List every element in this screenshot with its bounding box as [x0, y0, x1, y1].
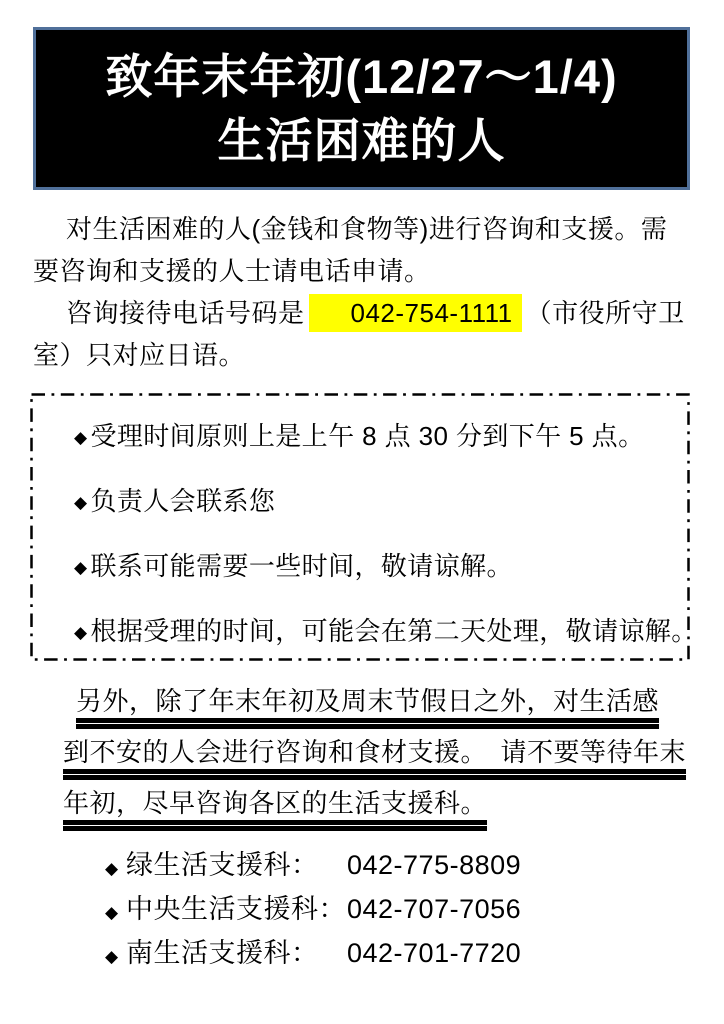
notice-item: ◆根据受理的时间，可能会在第二天处理，敬请谅解。: [74, 615, 686, 649]
diamond-bullet-icon: ◆: [105, 892, 126, 933]
closing-line: 年初，尽早咨询各区的生活支援科。: [63, 778, 663, 829]
diamond-bullet-icon: ◆: [105, 848, 126, 889]
closing-line: 另外，除了年末年初及周末节假日之外，对生活感: [63, 676, 663, 727]
intro-line: 对生活困难的人(金钱和食物等)进行咨询和支援。需: [33, 208, 693, 250]
title-line-2: 生活困难的人: [218, 109, 506, 173]
diamond-bullet-icon: ◆: [74, 428, 87, 447]
diamond-bullet-icon: ◆: [74, 623, 87, 642]
notice-item-text: 负责人会联系您: [90, 486, 275, 516]
phone-line-suffix: （市役所守卫: [526, 298, 685, 328]
notice-item-text: 根据受理的时间，可能会在第二天处理，敬请谅解。: [90, 616, 697, 646]
notice-item-text: 联系可能需要一些时间，敬请谅解。: [90, 551, 512, 581]
diamond-bullet-icon: ◆: [74, 493, 87, 512]
contact-row: ◆ 中央生活支援科： 042-707-7056: [105, 889, 521, 933]
diamond-bullet-icon: ◆: [74, 558, 87, 577]
contact-row: ◆ 绿生活支援科： 042-775-8809: [105, 845, 521, 889]
phone-line: 咨询接待电话号码是042-754-1111（市役所守卫: [33, 292, 693, 334]
closing-line: 到不安的人会进行咨询和食材支援。 请不要等待年末: [63, 727, 663, 778]
intro-line: 室）只对应日语。: [33, 334, 693, 376]
main-phone-number: 042-754-1111: [309, 294, 522, 332]
contact-list: ◆ 绿生活支援科： 042-775-8809 ◆ 中央生活支援科： 042-70…: [105, 845, 521, 977]
phone-line-prefix: 咨询接待电话号码是: [66, 298, 305, 328]
contact-label: 中央生活支援科：: [126, 889, 347, 930]
notice-list: ◆受理时间原则上是上午 8 点 30 分到下午 5 点。 ◆负责人会联系您 ◆联…: [74, 420, 686, 649]
notice-item: ◆联系可能需要一些时间，敬请谅解。: [74, 550, 686, 584]
diamond-bullet-icon: ◆: [105, 936, 126, 977]
notice-item-text: 受理时间原则上是上午 8 点 30 分到下午 5 点。: [90, 421, 644, 451]
contact-row: ◆ 南生活支援科： 042-701-7720: [105, 933, 521, 977]
notice-item: ◆负责人会联系您: [74, 485, 686, 519]
contact-label: 绿生活支援科：: [126, 845, 347, 886]
contact-phone: 042-775-8809: [347, 845, 521, 886]
notice-box: ◆受理时间原则上是上午 8 点 30 分到下午 5 点。 ◆负责人会联系您 ◆联…: [30, 393, 690, 661]
contact-label: 南生活支援科：: [126, 933, 347, 974]
title-line-1: 致年末年初(12/27～1/4): [105, 45, 617, 109]
contact-phone: 042-701-7720: [347, 933, 521, 974]
closing-paragraph: 另外，除了年末年初及周末节假日之外，对生活感 到不安的人会进行咨询和食材支援。 …: [63, 676, 663, 829]
notice-item: ◆受理时间原则上是上午 8 点 30 分到下午 5 点。: [74, 420, 686, 454]
contact-phone: 042-707-7056: [347, 889, 521, 930]
intro-line: 要咨询和支援的人士请电话申请。: [33, 250, 693, 292]
flyer-page: 致年末年初(12/27～1/4) 生活困难的人 对生活困难的人(金钱和食物等)进…: [0, 0, 724, 1024]
title-banner: 致年末年初(12/27～1/4) 生活困难的人: [33, 27, 690, 190]
intro-section: 对生活困难的人(金钱和食物等)进行咨询和支援。需 要咨询和支援的人士请电话申请。…: [33, 208, 693, 376]
